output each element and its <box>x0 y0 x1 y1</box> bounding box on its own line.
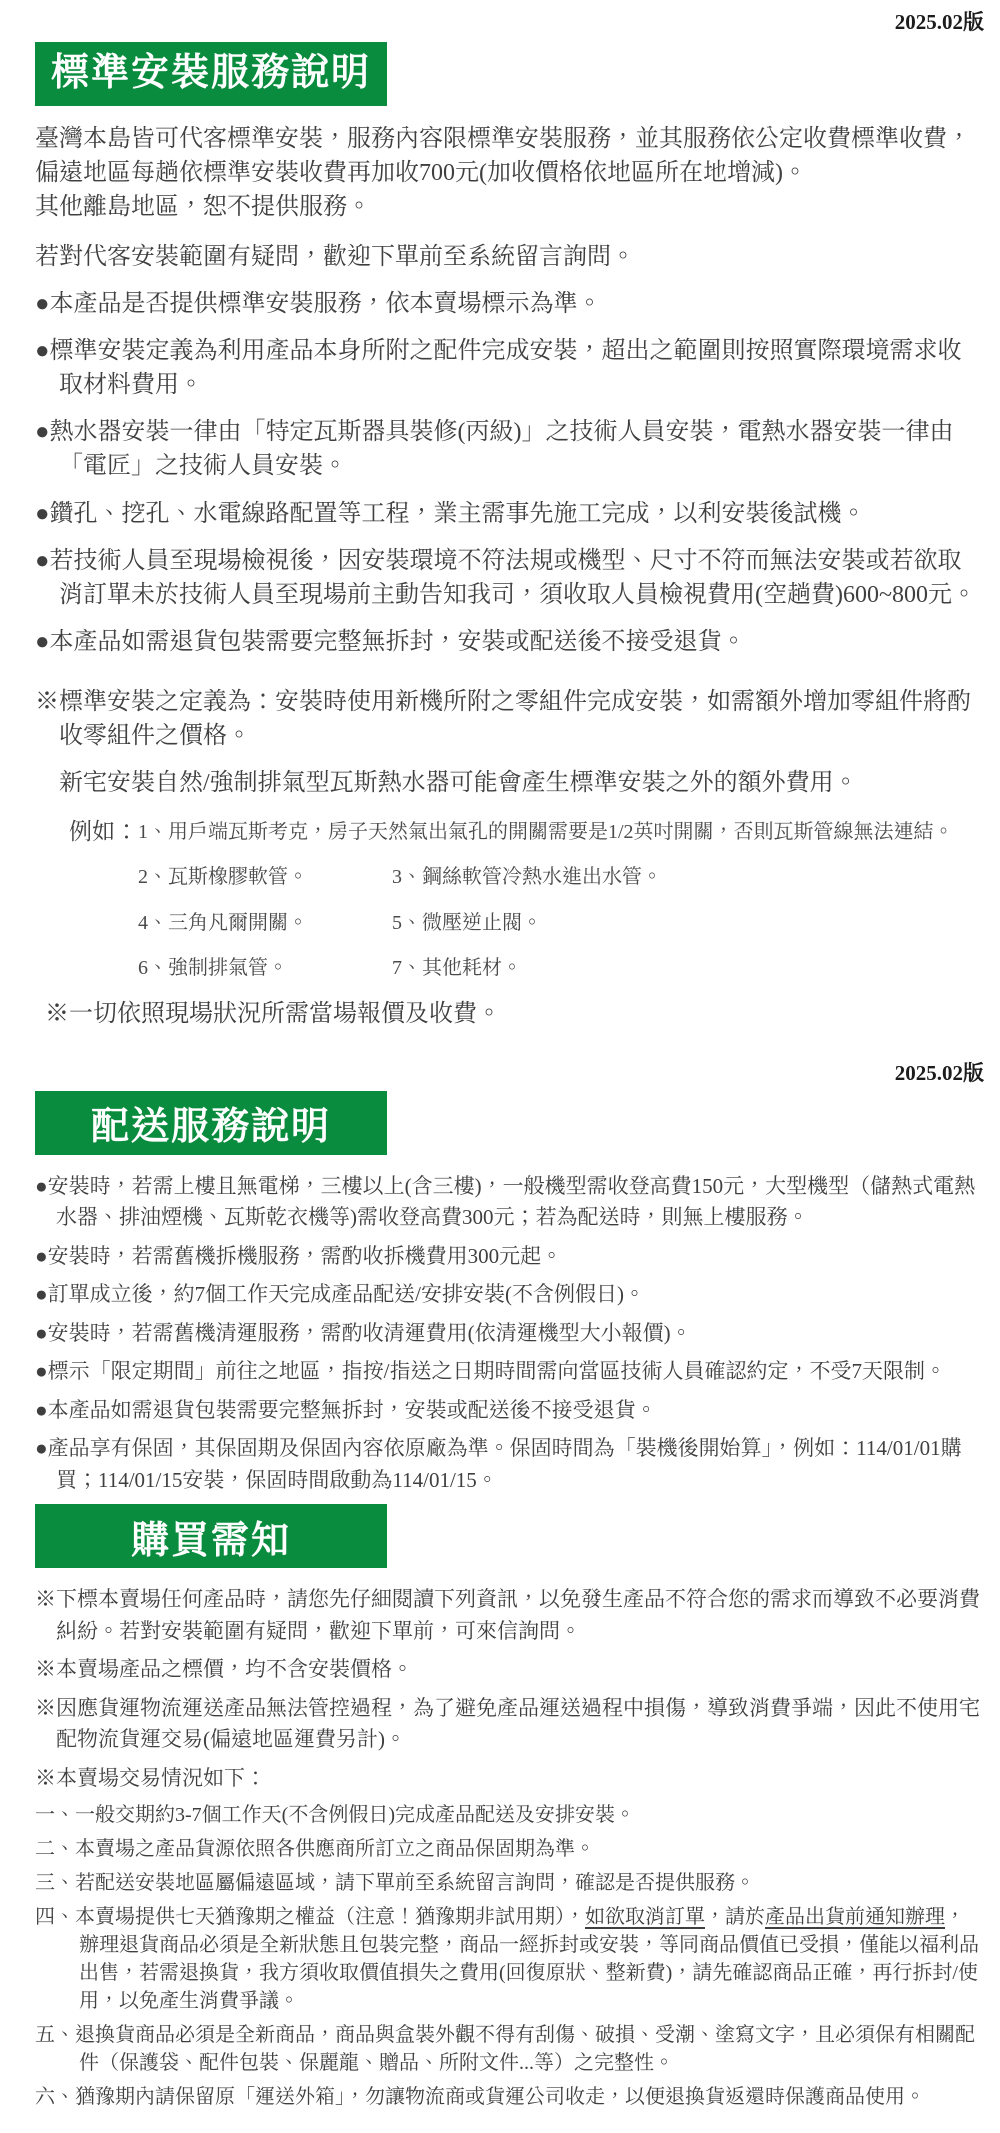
purchase-note: ※本賣場產品之標價，均不含安裝價格。 <box>35 1654 984 1686</box>
purchase-note: ※本賣場交易情況如下： <box>35 1763 984 1795</box>
new-home-note: 新宅安裝自然/強制排氣型瓦斯熱水器可能會產生標準安裝之外的額外費用。 <box>59 766 984 800</box>
underlined-phrase: 如欲取消訂單 <box>585 1906 705 1928</box>
numbered-item: 三、若配送安裝地區屬偏遠區域，請下單前至系統留言詢問，確認是否提供服務。 <box>35 1869 984 1897</box>
example-item: 3、鋼絲軟管冷熱水進出水管。 <box>392 863 954 891</box>
bullet-item: ●本產品如需退貨包裝需要完整無拆封，安裝或配送後不接受退貨。 <box>35 1395 984 1427</box>
bullet-item: ●標示「限定期間」前往之地區，指按/指送之日期時間需向當區技術人員確認約定，不受… <box>35 1356 984 1388</box>
bullet-item: ●熱水器安裝一律由「特定瓦斯器具裝修(丙級)」之技術人員安裝，電熱水器安裝一律由… <box>35 415 984 483</box>
section-title-delivery: 配送服務說明 <box>35 1091 387 1155</box>
section-delivery: 2025.02版 配送服務說明 ●安裝時，若需上樓且無電梯，三樓以上(含三樓)，… <box>35 1057 984 1497</box>
section-purchase-notice: 購買需知 ※下標本賣場任何產品時，請您先仔細閱讀下列資訊，以免發生產品不符合您的… <box>35 1504 984 2111</box>
version-label: 2025.02版 <box>35 8 984 38</box>
text-segment: ，請於 <box>705 1906 765 1928</box>
bullet-item: ●訂單成立後，約7個工作天完成產品配送/安排安裝(不含例假日)。 <box>35 1279 984 1311</box>
bullet-item: ●本產品如需退貨包裝需要完整無拆封，安裝或配送後不接受退貨。 <box>35 625 984 659</box>
standard-definition-note: ※標準安裝之定義為：安裝時使用新機所附之零組件完成安裝，如需額外增加零組件將酌收… <box>35 685 984 753</box>
purchase-note-list: ※下標本賣場任何產品時，請您先仔細閱讀下列資訊，以免發生產品不符合您的需求而導致… <box>35 1584 984 1794</box>
bullet-item: ●安裝時，若需上樓且無電梯，三樓以上(含三樓)，一般機型需收登高費150元，大型… <box>35 1171 984 1234</box>
inquiry-note: 若對代客安裝範圍有疑問，歡迎下單前至系統留言詢問。 <box>35 240 984 274</box>
example-item: 4、三角凡爾開關。 <box>138 909 392 937</box>
examples-label: 例如： <box>69 816 138 983</box>
numbered-item: 一、一般交期約3-7個工作天(不含例假日)完成產品配送及安排安裝。 <box>35 1801 984 1829</box>
intro-paragraph: 臺灣本島皆可代客標準安裝，服務內容限標準安裝服務，並其服務依公定收費標準收費，偏… <box>35 122 984 190</box>
delivery-bullet-list: ●安裝時，若需上樓且無電梯，三樓以上(含三樓)，一般機型需收登高費150元，大型… <box>35 1171 984 1497</box>
example-item: 1、用戶端瓦斯考克，房子天然氣出氣孔的開關需要是1/2英吋開關，否則瓦斯管線無法… <box>138 818 954 846</box>
section-title-purchase-notice: 購買需知 <box>35 1504 387 1568</box>
underlined-phrase: 產品出貨前通知辦理 <box>765 1906 945 1928</box>
numbered-item: 五、退換貨商品必須是全新商品，商品與盒裝外觀不得有刮傷、破損、受潮、塗寫文字，且… <box>35 2021 984 2077</box>
example-item: 7、其他耗材。 <box>392 954 954 982</box>
bullet-item: ●若技術人員至現場檢視後，因安裝環境不符法規或機型、尺寸不符而無法安裝或若欲取消… <box>35 544 984 612</box>
onsite-quote-note: ※一切依照現場狀況所需當場報價及收費。 <box>45 997 984 1031</box>
service-info-page: 2025.02版 標準安裝服務說明 臺灣本島皆可代客標準安裝，服務內容限標準安裝… <box>0 0 1000 2133</box>
numbered-item: 六、猶豫期內請保留原「運送外箱」，勿讓物流商或貨運公司收走，以便退換貨返還時保護… <box>35 2083 984 2111</box>
examples-list: 1、用戶端瓦斯考克，房子天然氣出氣孔的開關需要是1/2英吋開關，否則瓦斯管線無法… <box>138 816 954 983</box>
example-item: 6、強制排氣管。 <box>138 954 392 982</box>
version-label: 2025.02版 <box>35 1057 984 1087</box>
purchase-note: ※因應貨運物流運送產品無法管控過程，為了避免產品運送過程中損傷，導致消費爭端，因… <box>35 1693 984 1756</box>
purchase-note: ※下標本賣場任何產品時，請您先仔細閱讀下列資訊，以免發生產品不符合您的需求而導致… <box>35 1584 984 1647</box>
bullet-item: ●鑽孔、挖孔、水電線路配置等工程，業主需事先施工完成，以利安裝後試機。 <box>35 497 984 531</box>
examples-block: 例如： 1、用戶端瓦斯考克，房子天然氣出氣孔的開關需要是1/2英吋開關，否則瓦斯… <box>69 816 984 983</box>
bullet-item: ●安裝時，若需舊機清運服務，需酌收清運費用(依清運機型大小報價)。 <box>35 1318 984 1350</box>
section-standard-install: 2025.02版 標準安裝服務說明 臺灣本島皆可代客標準安裝，服務內容限標準安裝… <box>35 8 984 1031</box>
example-item: 5、微壓逆止閥。 <box>392 909 954 937</box>
offshore-note: 其他離島地區，恕不提供服務。 <box>35 190 984 224</box>
section-title-standard-install: 標準安裝服務說明 <box>35 42 387 106</box>
bullet-item: ●產品享有保固，其保固期及保固內容依原廠為準。保固時間為「裝機後開始算」，例如：… <box>35 1433 984 1496</box>
transaction-terms-list: 一、一般交期約3-7個工作天(不含例假日)完成產品配送及安排安裝。 二、本賣場之… <box>35 1801 984 2111</box>
standard-bullet-list: ●本產品是否提供標準安裝服務，依本賣場標示為準。 ●標準安裝定義為利用產品本身所… <box>35 287 984 659</box>
text-segment: 四、本賣場提供七天猶豫期之權益（注意！猶豫期非試用期）， <box>35 1906 585 1928</box>
numbered-item: 二、本賣場之產品貨源依照各供應商所訂立之商品保固期為準。 <box>35 1835 984 1863</box>
numbered-item-cancellation: 四、本賣場提供七天猶豫期之權益（注意！猶豫期非試用期），如欲取消訂單，請於產品出… <box>35 1903 984 2015</box>
bullet-item: ●安裝時，若需舊機拆機服務，需酌收拆機費用300元起。 <box>35 1241 984 1273</box>
example-item: 2、瓦斯橡膠軟管。 <box>138 863 392 891</box>
bullet-item: ●標準安裝定義為利用產品本身所附之配件完成安裝，超出之範圍則按照實際環境需求收取… <box>35 334 984 402</box>
bullet-item: ●本產品是否提供標準安裝服務，依本賣場標示為準。 <box>35 287 984 321</box>
